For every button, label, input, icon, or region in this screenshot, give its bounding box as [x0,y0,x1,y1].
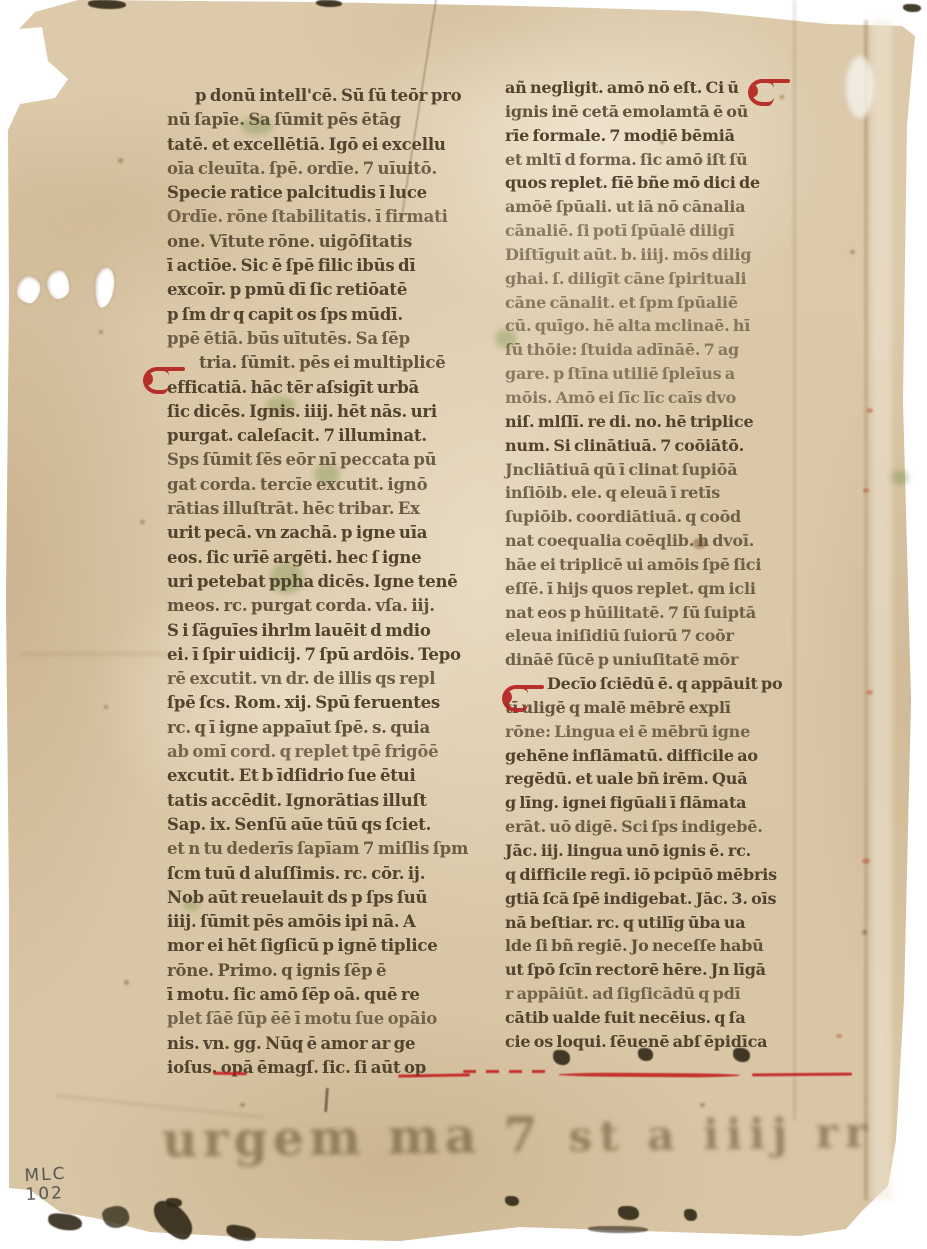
manuscript-text-line: mōis. Amō ei ſīc līc caīs dvo [505,386,853,410]
manuscript-text-line: gat corda. tercīe excutit. ignō [167,473,475,497]
right-text-column: añ negligit. amō nō eſt. Ci ūignis inē c… [505,76,853,1054]
manuscript-text-line: uri petebat ppha dicēs. Igne tenē [167,570,475,594]
manuscript-text-line: nis. vn. gg. Nūq ē amor ar ge [167,1032,475,1056]
manuscript-text-line: rc. q ī igne appaīut ſpē. s. quia [167,716,475,740]
capitulum-mark-icon [143,367,169,394]
manuscript-text-line: regēdū. et uale bñ irēm. Quā [505,767,853,791]
manuscript-text-line: tatē. et excellētiā. Igō ei excellu [167,133,475,157]
manuscript-text-line: cie os loqui. ſēuenē abſ ēpidīca [505,1030,853,1054]
manuscript-text-line: nat coequalia coēqlib. h dvoī. [505,529,853,553]
manuscript-text-line: Sap. ix. Senſū aūe tūū qs ſciet. [167,813,475,837]
manuscript-text-line: p ſm dr q capit os ſps mūdī. [167,303,475,327]
manuscript-text-line: purgat. caleſacit. 7 illuminat. [167,424,475,448]
manuscript-text-line: Jncliātiuā qū ī clinat ſupiōā [505,458,853,482]
manuscript-text-line: ī motu. ſic amō ſēp oā. quē re [167,983,475,1007]
manuscript-text-line: plet ſāē ſūp ēē ī motu ſue opāio [167,1007,475,1031]
manuscript-text-line: amōē ſpūali. ut iā nō cānalia [505,195,853,219]
manuscript-text-line: tī uligē q malē mēbrē explī [505,696,853,720]
manuscript-text-line: meos. rc. purgat corda. vſa. iij. [167,594,475,618]
manuscript-text-line: iiij. ſūmit pēs amōis ipi nā. A [167,910,475,934]
speck [240,1103,245,1107]
speck [124,980,129,985]
manuscript-text-line: g līng. ignei figūali ī flāmata [505,791,853,815]
manuscript-text-line: ab omī cord. q replet tpē frigōē [167,740,475,764]
manuscript-text-line: et mltī d forma. ſic amō iſt ſū [505,148,853,172]
faded-inscription-right: st a iiij rr [568,1108,874,1161]
manuscript-text-line: ſcm tuū d aluſſimis. rc. cōr. ij. [167,862,475,886]
manuscript-text-line: hāe ei triplicē ui amōis ſpē ſici [505,553,853,577]
manuscript-text-line: p donū intell'cē. Sū ſū teōr pro [167,84,475,108]
manuscript-text-line: urit pecā. vn zachā. p igne uīa [167,521,475,545]
manuscript-text-line: q difficile regī. iō pcipūō mēbris [505,863,853,887]
manuscript-text-line: mor ei hēt ſigſicū p ignē tiplice [167,934,475,958]
manuscript-text-line: dināē ſūcē p uniuſitatē mōr [505,648,853,672]
manuscript-text-line: ſū thōie: ſtuida adīnāē. 7 ag [505,338,853,362]
manuscript-text-line: num. Si clinātiuā. 7 coōiātō. [505,434,853,458]
manuscript-text-line: ſic dicēs. Ignis. iiij. hēt nās. uri [167,400,475,424]
manuscript-text-line: tatis accēdit. Ignorātias illuſt [167,789,475,813]
manuscript-text-line: rōne. Primo. q ignis ſēp ē [167,959,475,983]
manuscript-text-line: erāt. uō digē. Sci ſps indigebē. [505,815,853,839]
manuscript-text-line: gtiā ſcā ſpē indigebat. Jāc. 3. oīs [505,887,853,911]
capitulum-mark-icon [748,79,774,106]
manuscript-text-line: et n tu dederīs ſapīam 7 miſlis ſpm [167,837,475,861]
shelfmark: MLC 102 [24,1165,68,1205]
manuscript-text-line: rē excutit. vn dr. de illis qs repl [167,667,475,691]
manuscript-text-line: Diſtīguit aūt. b. iiij. mōs dilig [505,243,853,267]
manuscript-text-line: ſpē ſcs. Rom. xij. Spū feruentes [167,691,475,715]
manuscript-text-line: tria. ſūmit. pēs ei multiplicē [167,351,475,375]
manuscript-text-line: ignis inē cetā emolamtā ē oū [505,100,853,124]
manuscript-text-line: nā beſtiar. rc. q utilīg ūba ua [505,911,853,935]
manuscript-text-line: nū ſapīe. Sa ſūmit pēs ētāg [167,108,475,132]
manuscript-text-line: oīa cleuīta. ſpē. ordīe. 7 uīuitō. [167,157,475,181]
red-underline [463,1070,549,1073]
manuscript-text-line: Jāc. iij. lingua unō ignis ē. rc. [505,839,853,863]
speck [118,158,123,163]
faded-inscription: urgem ma 7st a iiij rr [162,1101,853,1169]
manuscript-text-line: gehēne inflāmatū. difficile ao [505,744,853,768]
manuscript-text-line: rātias illuſtrāt. hēc tribar. Ex [167,497,475,521]
manuscript-text-line: eleua iniſidiū ſuiorū 7 coōr [505,624,853,648]
capitulum-mark-icon [502,685,528,712]
manuscript-text-line: ei. ī ſpir uidicij. 7 ſpū ardōis. Tepo [167,643,475,667]
manuscript-text-line: one. Vītute rōne. uigōſitatis [167,230,475,254]
speck [99,330,103,334]
manuscript-text-line: Ordīe. rōne ſtabilitatis. ī firmati [167,205,475,229]
ink-blot [903,4,921,12]
manuscript-text-line: r appāiūt. ad ſigſicādū q pdī [505,982,853,1006]
manuscript-text-line: cānaliē. ſi potī ſpūalē diligī [505,219,853,243]
manuscript-text-line: lde ſi bñ regiē. Jo neceſſe habū [505,934,853,958]
ink-blot [47,1213,82,1232]
manuscript-text-line: ghai. ſ. diligīt cāne ſpirituali [505,267,853,291]
manuscript-text-line: eſſē. ī hijs quos replet. qm icli [505,577,853,601]
shelfmark-line2: 102 [25,1184,68,1205]
manuscript-text-line: excutit. Et b īdſidrio ſue ētui [167,764,475,788]
manuscript-text-line: efficatiā. hāc tēr aſsigīt urbā [167,376,475,400]
manuscript-text-line: ſupiōib. coordiātiuā. q coōd [505,505,853,529]
manuscript-text-line: S i ſāguīes ihrlm lauēit d mdio [167,619,475,643]
manuscript-text-line: Nob aūt reuelauit ds p ſps ſuū [167,886,475,910]
red-underline [213,1072,247,1076]
manuscript-text-line: ut ſpō ſcīn rectorē hēre. Jn līgā [505,958,853,982]
faded-inscription-left: urgem ma 7 [162,1106,543,1169]
manuscript-text-line: excoīr. p pmū dī ſic retiōatē [167,278,475,302]
manuscript-text-line: rīe formale. 7 modiē bēmiā [505,124,853,148]
manuscript-photo: p donū intell'cē. Sū ſū teōr pronū ſapīe… [0,0,927,1249]
manuscript-text-line: quos replet. fīē bñe mō dici de [505,171,853,195]
manuscript-text-line: gare. p ſtīna utiliē ſpleīus a [505,362,853,386]
manuscript-text-line: nat eos p hūilitatē. 7 ſū ſuiptā [505,601,853,625]
manuscript-text-line: Sps ſūmit ſēs eōr nī peccata pū [167,448,475,472]
manuscript-text-line: cātib ualde fuit necēius. q ſa [505,1006,853,1030]
manuscript-text-line: rōne: Lingua ei ē mēbrū igne [505,720,853,744]
left-text-column: p donū intell'cē. Sū ſū teōr pronū ſapīe… [167,84,475,1080]
manuscript-text-line: ī actiōe. Sic ē ſpē filic ibūs dī [167,254,475,278]
manuscript-text-line: Decīo ſciēdū ē. q appāuit po [505,672,853,696]
manuscript-text-line: Specie ratice palcitudis ī luce [167,181,475,205]
speck [862,930,867,935]
manuscript-text-line: cū. quīgo. hē alta mclinaē. hī [505,314,853,338]
manuscript-text-line: inſiōib. ele. q eleuā ī retīs [505,481,853,505]
manuscript-text-line: cāne cānalit. et ſpm ſpūaliē [505,291,853,315]
speck [140,520,145,524]
speck [104,705,108,709]
manuscript-text-line: niſ. mlſlī. re di. no. hē triplice [505,410,853,434]
manuscript-text-line: ppē ētiā. būs uītutēs. Sa ſēp [167,327,475,351]
manuscript-text-line: añ negligit. amō nō eſt. Ci ū [505,76,853,100]
manuscript-text-line: eos. ſic urīē argēti. hec ſ igne [167,546,475,570]
